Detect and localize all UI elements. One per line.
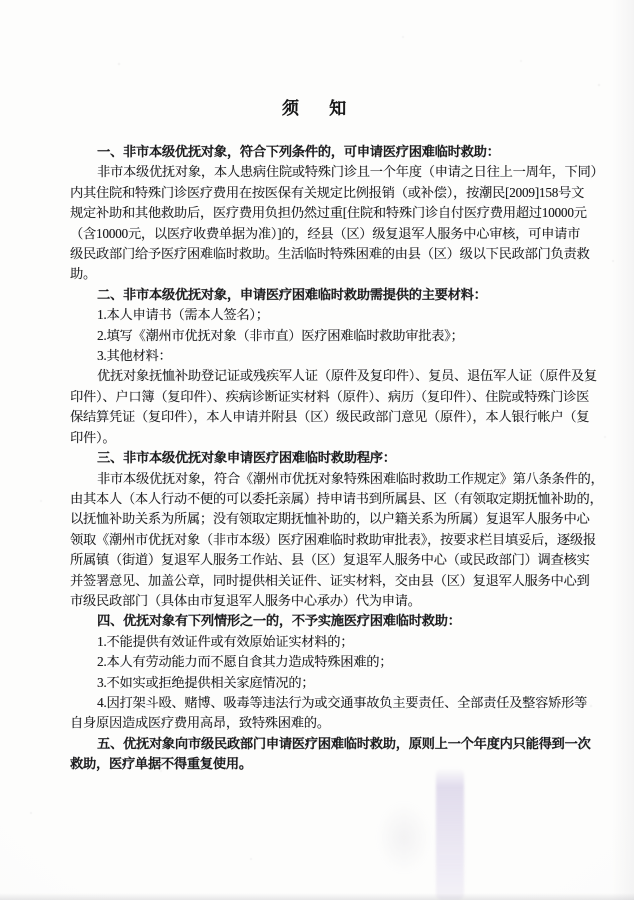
document-title: 须 知 [70, 97, 571, 121]
body-line: 印件）。 [70, 428, 571, 448]
body-line: 保结算凭证（复印件），本人申请并附县（区）级民政部门意见（原件），本人银行帐户（… [70, 407, 571, 427]
body-line: （含10000元，以医疗收费单据为准）]的，经县（区）级复退军人服务中心审核，可… [70, 224, 571, 244]
body-line: 优抚对象抚恤补助登记证或残疾军人证（原件及复印件）、复员、退伍军人证（原件及复 [70, 366, 571, 386]
body-line: 由其本人（本人行动不便的可以委托亲属）持申请书到所属县、区（有领取定期抚恤补助的… [70, 489, 571, 509]
scan-smudge-artifact [368, 790, 440, 885]
body-line: 规定补助和其他救助后，医疗费用负担仍然过重[住院和特殊门诊自付医疗费用超过100… [70, 203, 571, 223]
body-line: 3.其他材料： [70, 346, 571, 366]
body-line: 二、非市本级优抚对象，申请医疗困难临时救助需提供的主要材料： [70, 285, 571, 305]
body-line: 4.因打架斗殴、赌博、吸毒等违法行为或交通事故负主要责任、全部责任及整容矫形等 [70, 693, 571, 713]
body-line: 领取《潮州市优抚对象（非市本级）医疗困难临时救助审批表》，按要求栏目填妥后，逐级… [70, 530, 571, 550]
body-line: 印件）、户口簿（复印件）、疾病诊断证实材料（原件）、病历（复印件）、住院或特殊门… [70, 387, 571, 407]
body-line: 所属镇（街道）复退军人服务工作站、县（区）复退军人服务中心（或民政部门）调查核实 [70, 550, 571, 570]
body-line: 三、非市本级优抚对象申请医疗困难临时救助程序： [70, 448, 571, 468]
body-line: 四、优抚对象有下列情形之一的，不予实施医疗困难临时救助： [70, 611, 571, 631]
scan-noise-specks [0, 0, 2, 2]
body-line: 并签署意见、加盖公章，同时提供相关证件、证实材料，交由县（区）复退军人服务中心到 [70, 571, 571, 591]
body-line: 3.不如实或拒绝提供相关家庭情况的； [70, 673, 571, 693]
scan-edge-shadow-right [612, 0, 634, 900]
document-body: 一、非市本级优抚对象，符合下列条件的，可申请医疗困难临时救助：非市本级优抚对象，… [70, 142, 571, 775]
body-line: 1.不能提供有效证件或有效原始证实材料的； [70, 632, 571, 652]
body-line: 非市本级优抚对象，本人患病住院或特殊门诊且一个年度（申请之日往上一周年，下同） [70, 162, 571, 182]
body-line: 非市本级优抚对象，符合《潮州市优抚对象特殊困难临时救助工作规定》第八条条件的， [70, 469, 571, 489]
body-line: 市级民政部门（具体由市复退军人服务中心承办）代为申请。 [70, 591, 571, 611]
body-line: 2.填写《潮州市优抚对象（非市直）医疗困难临时救助审批表》； [70, 326, 571, 346]
body-line: 内其住院和特殊门诊医疗费用在按医保有关规定比例报销（或补偿），按潮民[2009]… [70, 183, 571, 203]
body-line: 助。 [70, 264, 571, 284]
scan-edge-shadow-bottom [0, 893, 634, 900]
body-line: 一、非市本级优抚对象，符合下列条件的，可申请医疗困难临时救助： [70, 142, 571, 162]
body-line: 级民政部门给予医疗困难临时救助。生活临时特殊困难的由县（区）级以下民政部门负责救 [70, 244, 571, 264]
document: 须 知 一、非市本级优抚对象，符合下列条件的，可申请医疗困难临时救助：非市本级优… [70, 97, 571, 775]
body-line: 救助，医疗单据不得重复使用。 [70, 754, 571, 774]
body-line: 1.本人申请书（需本人签名）； [70, 305, 571, 325]
scanned-notice-page: 须 知 一、非市本级优抚对象，符合下列条件的，可申请医疗困难临时救助：非市本级优… [0, 0, 634, 900]
body-line: 以抚恤补助关系为所属；没有领取定期抚恤补助的，以户籍关系为所属）复退军人服务中心 [70, 509, 571, 529]
body-line: 自身原因造成医疗费用高昂，致特殊困难的。 [70, 713, 571, 733]
body-line: 五、优抚对象向市级民政部门申请医疗困难临时救助，原则上一个年度内只能得到一次 [70, 734, 571, 754]
scan-streak-artifact [436, 768, 464, 900]
body-line: 2.本人有劳动能力而不愿自食其力造成特殊困难的； [70, 652, 571, 672]
